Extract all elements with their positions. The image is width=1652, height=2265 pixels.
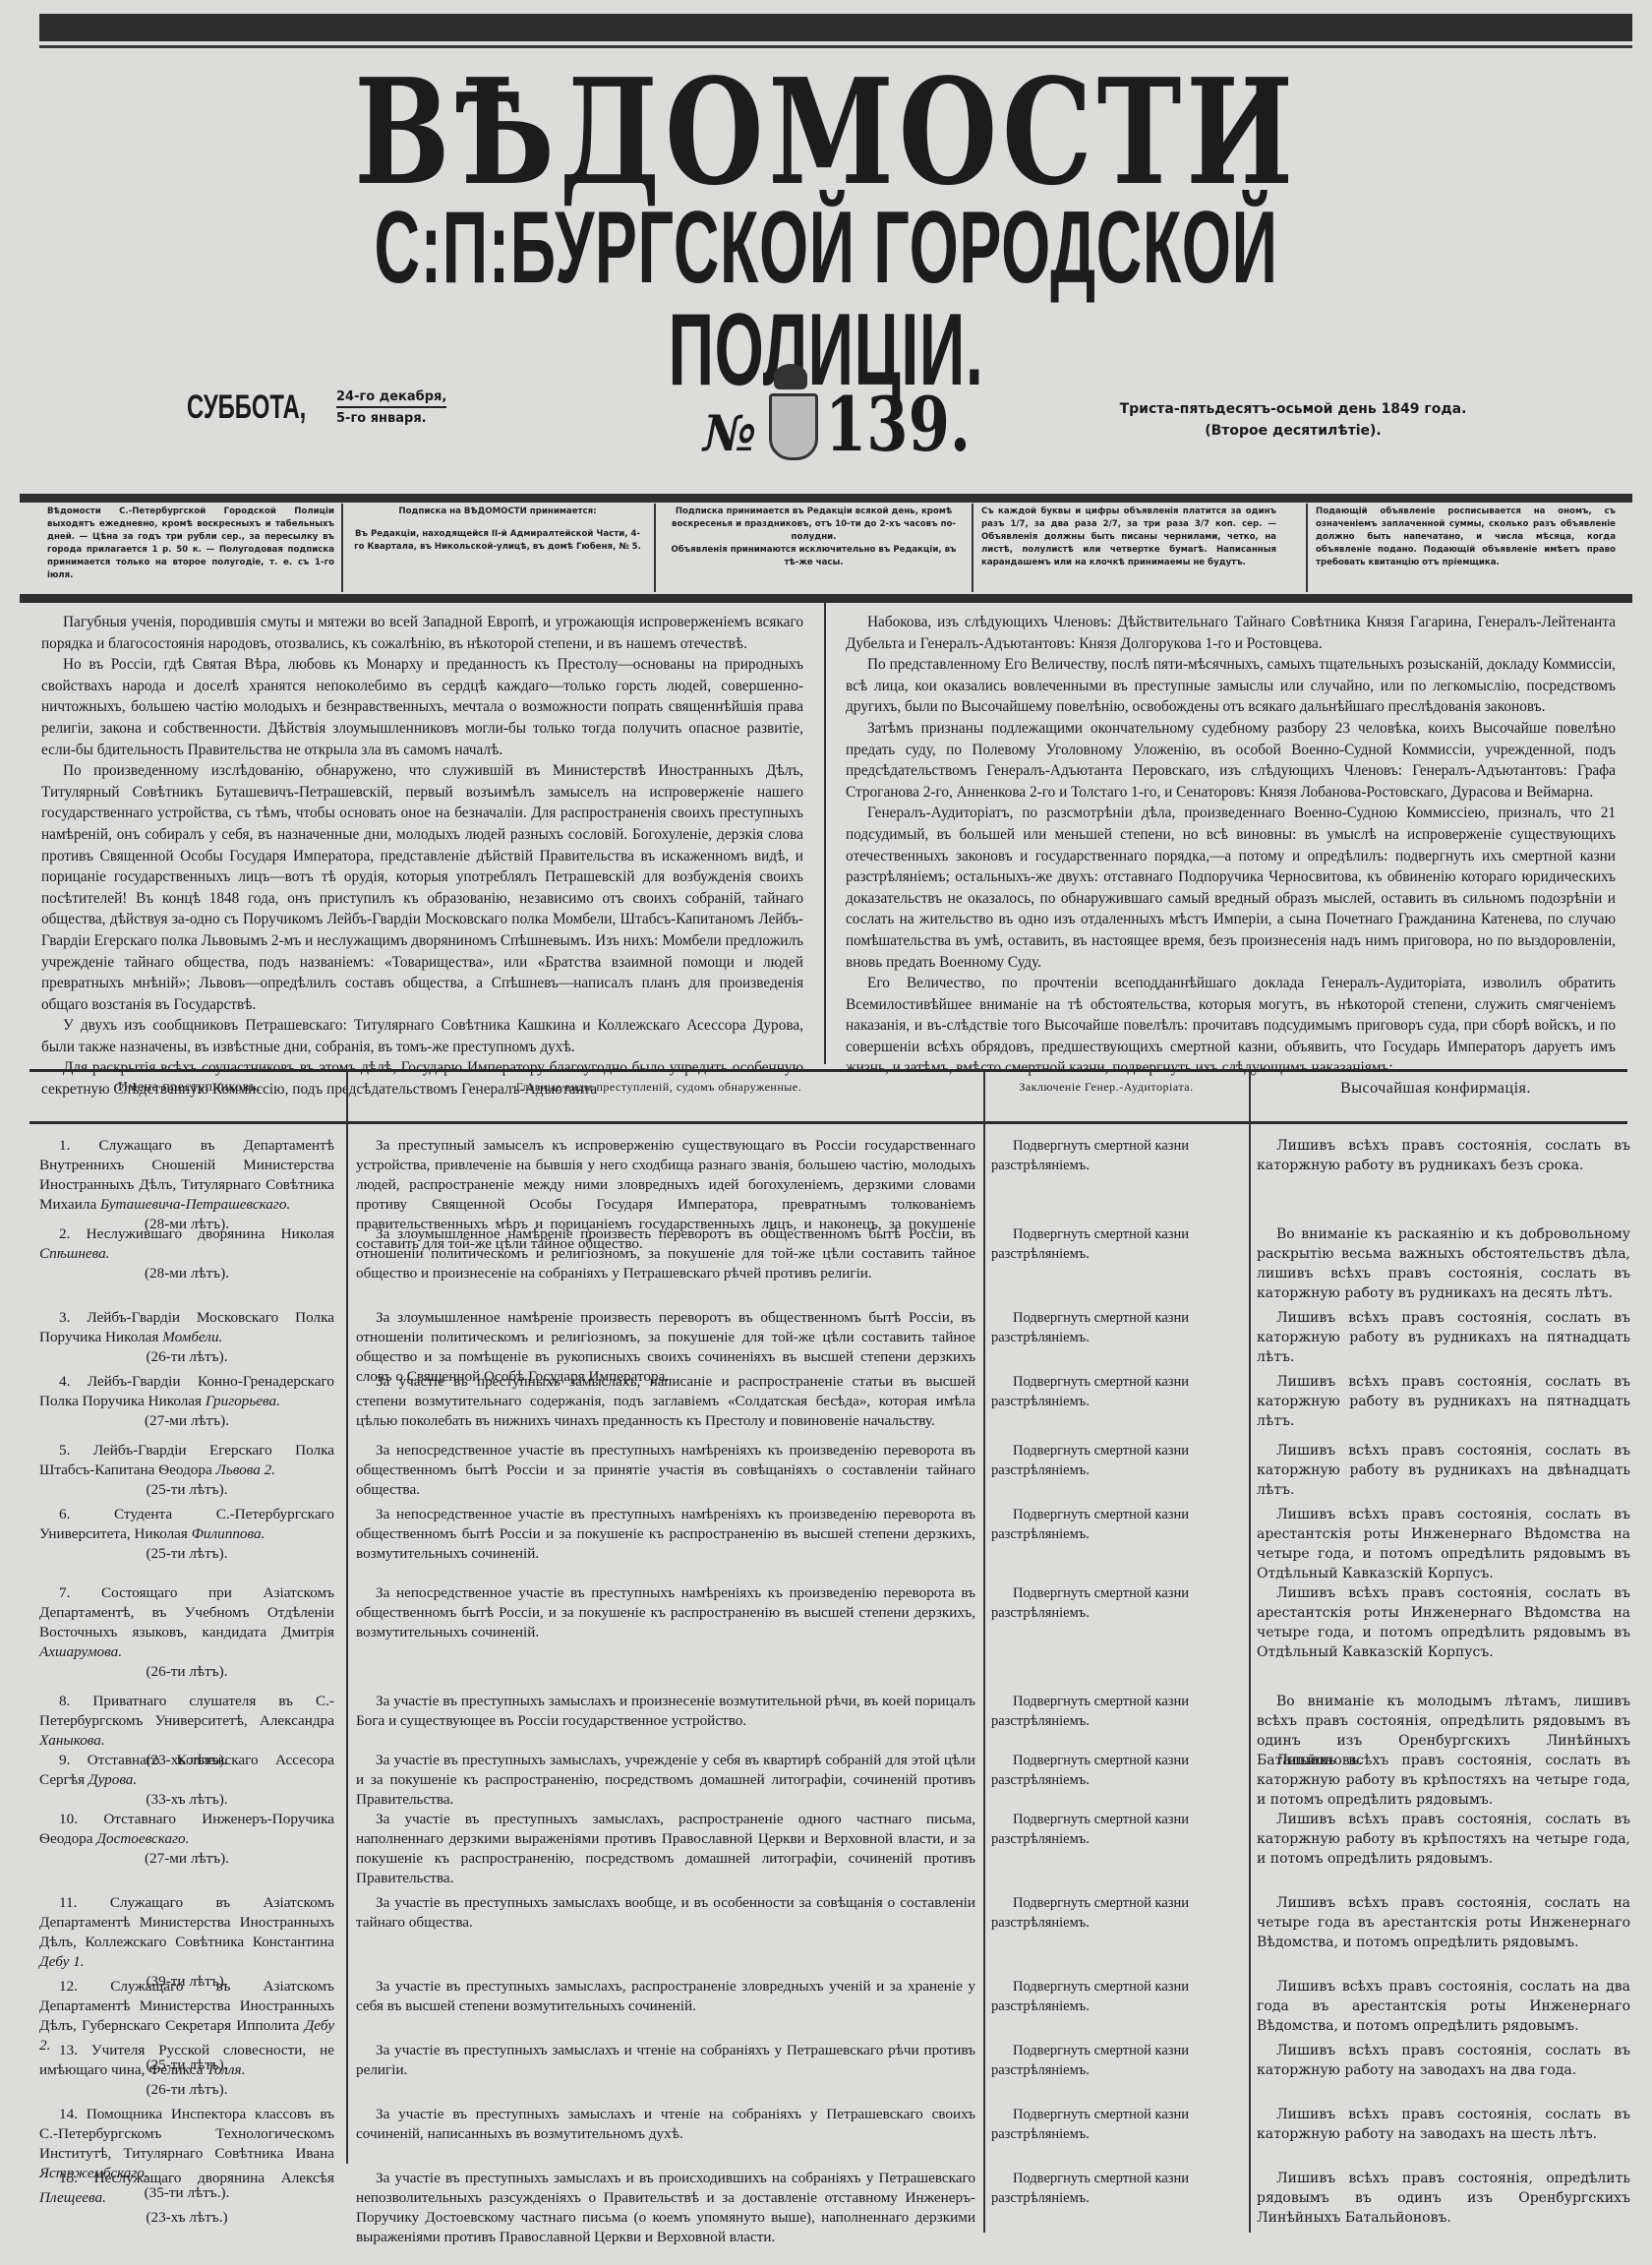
convict-name-cell: 2. Неслужившаго дворянина Николая Спѣшне… (39, 1224, 334, 1283)
verdict-line: Подвергнуть смертной казни (991, 1692, 1242, 1711)
convict-title: 13. Учителя Русской словесности, не имѣю… (39, 2041, 334, 2080)
auditoriat-verdict-cell: Подвергнуть смертной казниразстрѣляніемъ… (991, 2169, 1242, 2208)
convict-surname: Ханыкова. (39, 1732, 105, 1749)
auditoriat-verdict-cell: Подвергнуть смертной казниразстрѣляніемъ… (991, 1136, 1242, 1175)
convict-name-cell: 10. Отставнаго Инженеръ-Поручика Ѳеодора… (39, 1810, 334, 1869)
crime-text: За участіе въ преступныхъ замыслахъ, рас… (356, 1977, 975, 2016)
convict-age: (25-ти лѣтъ). (39, 1544, 334, 1564)
dateline: СУББОТА, 24-го декабря, 5-го января. (187, 388, 446, 427)
convict-name-cell: 3. Лейбъ-Гвардіи Московскаго Полка Поруч… (39, 1308, 334, 1367)
day-of-year: Триста-пятьдесятъ-осьмой день 1849 года.… (1018, 398, 1568, 442)
verdict-line: разстрѣляніемъ. (991, 2124, 1242, 2144)
auditoriat-verdict-cell: Подвергнуть смертной казниразстрѣляніемъ… (991, 1751, 1242, 1790)
newspaper-page: ВѢДОМОСТИ С:П:БУРГСКОЙ ГОРОДСКОЙ ПОЛИЦІИ… (0, 0, 1652, 2265)
header-names: Имена преступниковъ. (39, 1080, 339, 1096)
auditoriat-verdict-cell: Подвергнуть смертной казниразстрѣляніемъ… (991, 1224, 1242, 1264)
convict-rank: 2. Неслужившаго дворянина Николая (59, 1225, 334, 1242)
info-divider (654, 504, 656, 592)
imperial-confirmation-cell: Лишивъ всѣхъ правъ состоянія, сослать въ… (1257, 1372, 1630, 1431)
auditoriat-verdict-cell: Подвергнуть смертной казниразстрѣляніемъ… (991, 1692, 1242, 1731)
convict-title: 5. Лейбъ-Гвардіи Егерскаго Полка Штабсъ-… (39, 1441, 334, 1480)
info-box-subscription-price: Вѣдомости С.-Петербургской Городской Пол… (47, 506, 334, 590)
crime-text: За участіе въ преступныхъ замыслахъ и чт… (356, 2105, 975, 2144)
article-right-column: Набокова, изъ слѣдующихъ Членовъ: Дѣйств… (846, 612, 1616, 1079)
confirmation-text: Лишивъ всѣхъ правъ состоянія, сослать въ… (1257, 1583, 1630, 1662)
info-divider (1306, 504, 1308, 592)
confirmation-text: Лишивъ всѣхъ правъ состоянія, сослать въ… (1257, 1372, 1630, 1431)
crime-cell: За участіе въ преступныхъ замыслахъ и пр… (356, 1692, 975, 1731)
convict-title: 15. Неслужащаго дворянина Алексѣя Плещее… (39, 2169, 334, 2208)
imperial-confirmation-cell: Лишивъ всѣхъ правъ состоянія, сослать на… (1257, 1893, 1630, 1952)
auditoriat-verdict-cell: Подвергнуть смертной казниразстрѣляніемъ… (991, 1583, 1242, 1623)
info-rule-top (20, 494, 1632, 503)
verdict-line: разстрѣляніемъ. (991, 1997, 1242, 2016)
article-paragraph: По представленному Его Величеству, послѣ… (846, 654, 1616, 718)
verdict-line: Подвергнуть смертной казни (991, 1372, 1242, 1392)
verdict-line: разстрѣляніемъ. (991, 1244, 1242, 1264)
top-border-rule (39, 14, 1632, 41)
verdict-line: разстрѣляніемъ. (991, 1711, 1242, 1731)
imperial-confirmation-cell: Лишивъ всѣхъ правъ состоянія, сослать въ… (1257, 1136, 1630, 1175)
column-divider (824, 602, 826, 1064)
convict-age: (27-ми лѣтъ). (39, 1411, 334, 1431)
convict-rank: 12. Служащаго въ Азіатскомъ Департаментѣ… (39, 1978, 334, 2034)
article-paragraph: Набокова, изъ слѣдующихъ Членовъ: Дѣйств… (846, 612, 1616, 654)
imperial-confirmation-cell: Лишивъ всѣхъ правъ состоянія, сослать въ… (1257, 2105, 1630, 2144)
convict-rank: 7. Состоящаго при Азіатскомъ Департамент… (39, 1584, 334, 1640)
crime-text: За участіе въ преступныхъ замыслахъ, учр… (356, 1751, 975, 1810)
convict-surname: Львова 2. (216, 1461, 275, 1478)
header-confirmation: Высочайшая конфирмація. (1239, 1080, 1632, 1098)
verdict-line: разстрѣляніемъ. (991, 1460, 1242, 1480)
convict-name-cell: 7. Состоящаго при Азіатскомъ Департамент… (39, 1583, 334, 1682)
verdict-line: Подвергнуть смертной казни (991, 1893, 1242, 1913)
article-paragraph: Генералъ-Аудиторіатъ, по разсмотрѣніи дѣ… (846, 803, 1616, 973)
crime-cell: За участіе въ преступныхъ замыслахъ, нап… (356, 1372, 975, 1431)
verdict-line: Подвергнуть смертной казни (991, 1505, 1242, 1524)
auditoriat-verdict-cell: Подвергнуть смертной казниразстрѣляніемъ… (991, 2041, 1242, 2080)
crime-cell: За злоумышленное намѣреніе произвесть пе… (356, 1224, 975, 1283)
confirmation-text: Лишивъ всѣхъ правъ состоянія, сослать въ… (1257, 2105, 1630, 2144)
confirmation-text: Лишивъ всѣхъ правъ состоянія, сослать въ… (1257, 1751, 1630, 1810)
verdict-line: разстрѣляніемъ. (991, 1156, 1242, 1175)
convict-title: 10. Отставнаго Инженеръ-Поручика Ѳеодора… (39, 1810, 334, 1849)
date-old-style: 24-го декабря, (336, 389, 446, 408)
article-paragraph: У двухъ изъ сообщниковъ Петрашевскаго: Т… (41, 1015, 803, 1057)
table-col-divider (346, 1072, 348, 2164)
crime-text: За участіе въ преступныхъ замыслахъ, нап… (356, 1372, 975, 1431)
convict-name-cell: 13. Учителя Русской словесности, не имѣю… (39, 2041, 334, 2100)
convict-name-cell: 15. Неслужащаго дворянина Алексѣя Плещее… (39, 2169, 334, 2228)
info-box-ad-rates: Съ каждой буквы и цифры объявленія плати… (981, 506, 1276, 590)
convict-rank: 11. Служащаго въ Азіатскомъ Департаментѣ… (39, 1894, 334, 1950)
verdict-line: Подвергнуть смертной казни (991, 1977, 1242, 1997)
verdict-line: Подвергнуть смертной казни (991, 1224, 1242, 1244)
convict-surname: Достоевскаго. (96, 1830, 189, 1847)
verdict-line: разстрѣляніемъ. (991, 1524, 1242, 1544)
convict-surname: Буташевича-Петрашевскаго. (100, 1196, 290, 1213)
imperial-confirmation-cell: Во вниманіе къ раскаянію и къ добровольн… (1257, 1224, 1630, 1303)
verdict-line: разстрѣляніемъ. (991, 1328, 1242, 1347)
crime-cell: За участіе въ преступныхъ замыслахъ и чт… (356, 2105, 975, 2144)
auditoriat-verdict-cell: Подвергнуть смертной казниразстрѣляніемъ… (991, 1372, 1242, 1411)
crime-text: За непосредственное участіе въ преступны… (356, 1441, 975, 1500)
header-auditoriat: Заключеніе Генер.-Аудиторіата. (983, 1080, 1229, 1095)
numero-sign: № (703, 404, 756, 462)
crime-cell: За участіе въ преступныхъ замыслахъ и чт… (356, 2041, 975, 2080)
confirmation-text: Лишивъ всѣхъ правъ состоянія, сослать на… (1257, 1893, 1630, 1952)
auditoriat-verdict-cell: Подвергнуть смертной казниразстрѣляніемъ… (991, 1505, 1242, 1544)
convict-age: (33-хъ лѣтъ). (39, 1790, 334, 1810)
table-header-rule (29, 1121, 1627, 1124)
convict-name-cell: 1. Служащаго въ Департаментѣ Внутреннихъ… (39, 1136, 334, 1234)
auditoriat-verdict-cell: Подвергнуть смертной казниразстрѣляніемъ… (991, 1893, 1242, 1933)
imperial-confirmation-cell: Лишивъ всѣхъ правъ состоянія, сослать въ… (1257, 1505, 1630, 1583)
convict-name-cell: 6. Студента С.-Петербургскаго Университе… (39, 1505, 334, 1564)
crime-text: За непосредственное участіе въ преступны… (356, 1505, 975, 1564)
convict-surname: Спѣшнева. (39, 1245, 109, 1262)
convict-title: 2. Неслужившаго дворянина Николая Спѣшне… (39, 1224, 334, 1264)
verdict-line: Подвергнуть смертной казни (991, 2105, 1242, 2124)
info-divider (972, 504, 973, 592)
imperial-confirmation-cell: Лишивъ всѣхъ правъ состоянія, сослать на… (1257, 1977, 1630, 2036)
convict-title: 7. Состоящаго при Азіатскомъ Департамент… (39, 1583, 334, 1662)
crime-text: За участіе въ преступныхъ замыслахъ вооб… (356, 1893, 975, 1933)
table-col-divider (1249, 1072, 1251, 2233)
imperial-crest-icon (766, 364, 815, 462)
info-divider (341, 504, 343, 592)
crime-text: За участіе въ преступныхъ замыслахъ и въ… (356, 2169, 975, 2247)
convict-rank: 15. Неслужащаго дворянина Алексѣя (59, 2170, 334, 2186)
auditoriat-verdict-cell: Подвергнуть смертной казниразстрѣляніемъ… (991, 1441, 1242, 1480)
verdict-line: Подвергнуть смертной казни (991, 1136, 1242, 1156)
issue-number-block: № 139. (703, 364, 1007, 462)
convict-surname: Момбели. (162, 1329, 222, 1345)
verdict-line: разстрѣляніемъ. (991, 2060, 1242, 2080)
convict-title: 1. Служащаго въ Департаментѣ Внутреннихъ… (39, 1136, 334, 1215)
crime-cell: За непосредственное участіе въ преступны… (356, 1583, 975, 1642)
crime-text: За участіе въ преступныхъ замыслахъ, рас… (356, 1810, 975, 1888)
verdict-line: разстрѣляніемъ. (991, 2188, 1242, 2208)
convict-name-cell: 4. Лейбъ-Гвардіи Конно-Гренадерскаго Пол… (39, 1372, 334, 1431)
verdict-line: разстрѣляніемъ. (991, 1913, 1242, 1933)
confirmation-text: Лишивъ всѣхъ правъ состоянія, сослать въ… (1257, 1308, 1630, 1367)
convict-rank: 5. Лейбъ-Гвардіи Егерскаго Полка Штабсъ-… (39, 1442, 334, 1478)
info-rule-bottom (20, 594, 1632, 603)
confirmation-text: Лишивъ всѣхъ правъ состоянія, сослать въ… (1257, 1136, 1630, 1175)
convict-surname: Толля. (206, 2061, 245, 2078)
convict-surname: Григорьева. (206, 1393, 280, 1409)
convict-title: 6. Студента С.-Петербургскаго Университе… (39, 1505, 334, 1544)
confirmation-text: Во вниманіе къ раскаянію и къ добровольн… (1257, 1224, 1630, 1303)
info-box-ad-rules: Подающій объявленіе росписывается на оно… (1316, 506, 1616, 590)
crime-text: За непосредственное участіе въ преступны… (356, 1583, 975, 1642)
info-box-hours: Подписка принимается въ Редакціи всякой … (664, 506, 964, 590)
info-text: Подписка принимается въ Редакціи всякой … (664, 506, 964, 544)
convict-rank: 14. Помощника Инспектора классовъ въ С.-… (39, 2106, 334, 2162)
crime-cell: За участіе въ преступныхъ замыслахъ, рас… (356, 1810, 975, 1888)
article-left-column: Пагубныя ученія, породившія смуты и мяте… (41, 612, 803, 1101)
convict-age: (26-ти лѣтъ). (39, 2080, 334, 2100)
verdict-line: Подвергнуть смертной казни (991, 1441, 1242, 1460)
crime-text: За участіе въ преступныхъ замыслахъ и пр… (356, 1692, 975, 1731)
convict-name-cell: 5. Лейбъ-Гвардіи Егерскаго Полка Штабсъ-… (39, 1441, 334, 1500)
masthead-title: ВѢДОМОСТИ (182, 59, 1470, 205)
verdict-line: разстрѣляніемъ. (991, 1392, 1242, 1411)
verdict-line: разстрѣляніемъ. (991, 1829, 1242, 1849)
convict-surname: Дурова. (88, 1771, 137, 1788)
article-paragraph: Затѣмъ признаны подлежащими окончательно… (846, 718, 1616, 803)
imperial-confirmation-cell: Лишивъ всѣхъ правъ состоянія, сослать въ… (1257, 1441, 1630, 1500)
imperial-confirmation-cell: Лишивъ всѣхъ правъ состоянія, сослать въ… (1257, 1308, 1630, 1367)
confirmation-text: Лишивъ всѣхъ правъ состоянія, сослать въ… (1257, 2041, 1630, 2080)
verdict-line: Подвергнуть смертной казни (991, 2041, 1242, 2060)
imperial-confirmation-cell: Лишивъ всѣхъ правъ состоянія, опредѣлить… (1257, 2169, 1630, 2228)
convict-name-cell: 9. Отставнаго Коллежскаго Ассесора Сергѣ… (39, 1751, 334, 1810)
convict-rank: 6. Студента С.-Петербургскаго Университе… (39, 1506, 334, 1542)
info-heading: Подписка на ВѢДОМОСТИ принимается: (350, 506, 645, 518)
article-paragraph: Пагубныя ученія, породившія смуты и мяте… (41, 612, 803, 654)
convict-surname: Плещеева. (39, 2189, 106, 2206)
weekday: СУББОТА, (187, 388, 290, 427)
auditoriat-verdict-cell: Подвергнуть смертной казниразстрѣляніемъ… (991, 1810, 1242, 1849)
verdict-line: разстрѣляніемъ. (991, 1770, 1242, 1790)
info-text: Въ Редакціи, находящейся II-й Адмиралтей… (350, 528, 645, 554)
convict-age: (28-ми лѣтъ). (39, 1264, 334, 1283)
decade: (Второе десятилѣтіе). (1018, 420, 1568, 442)
verdict-line: Подвергнуть смертной казни (991, 1583, 1242, 1603)
crime-text: За участіе въ преступныхъ замыслахъ и чт… (356, 2041, 975, 2080)
article-paragraph: Его Величество, по прочтеніи всеподданнѣ… (846, 973, 1616, 1079)
article-paragraph: Но въ Россіи, гдѣ Святая Вѣра, любовь къ… (41, 654, 803, 760)
verdict-line: разстрѣляніемъ. (991, 1603, 1242, 1623)
convict-age: (26-ти лѣтъ). (39, 1347, 334, 1367)
imperial-confirmation-cell: Лишивъ всѣхъ правъ состоянія, сослать въ… (1257, 1810, 1630, 1869)
confirmation-text: Лишивъ всѣхъ правъ состоянія, опредѣлить… (1257, 2169, 1630, 2228)
dates: 24-го декабря, 5-го января. (336, 389, 446, 426)
table-top-rule (29, 1069, 1627, 1072)
imperial-confirmation-cell: Лишивъ всѣхъ правъ состоянія, сослать въ… (1257, 1583, 1630, 1662)
crime-text: За злоумышленное намѣреніе произвесть пе… (356, 1224, 975, 1283)
convict-title: 4. Лейбъ-Гвардіи Конно-Гренадерскаго Пол… (39, 1372, 334, 1411)
table-col-divider (983, 1072, 985, 2233)
crime-cell: За непосредственное участіе въ преступны… (356, 1505, 975, 1564)
convict-age: (25-ти лѣтъ). (39, 1480, 334, 1500)
crime-cell: За непосредственное участіе въ преступны… (356, 1441, 975, 1500)
convict-surname: Дебу 1. (39, 1953, 85, 1970)
verdict-line: Подвергнуть смертной казни (991, 1810, 1242, 1829)
convict-rank: 13. Учителя Русской словесности, не имѣю… (39, 2042, 334, 2078)
shield-icon (769, 393, 818, 460)
info-box-address: Подписка на ВѢДОМОСТИ принимается: Въ Ре… (350, 506, 645, 590)
confirmation-text: Лишивъ всѣхъ правъ состоянія, сослать въ… (1257, 1505, 1630, 1583)
convict-surname: Ахшарумова. (39, 1643, 122, 1660)
crime-cell: За участіе въ преступныхъ замыслахъ, рас… (356, 1977, 975, 2016)
convict-title: 3. Лейбъ-Гвардіи Московскаго Полка Поруч… (39, 1308, 334, 1347)
convict-rank: 9. Отставнаго Коллежскаго Ассесора Сергѣ… (39, 1752, 334, 1788)
convict-title: 8. Приватнаго слушателя въ С.-Петербургс… (39, 1692, 334, 1751)
convict-age: (27-ми лѣтъ). (39, 1849, 334, 1869)
confirmation-text: Лишивъ всѣхъ правъ состоянія, сослать въ… (1257, 1810, 1630, 1869)
crime-cell: За участіе въ преступныхъ замыслахъ и въ… (356, 2169, 975, 2247)
verdict-line: Подвергнуть смертной казни (991, 1308, 1242, 1328)
verdict-line: Подвергнуть смертной казни (991, 1751, 1242, 1770)
confirmation-text: Лишивъ всѣхъ правъ состоянія, сослать на… (1257, 1977, 1630, 2036)
convict-rank: 4. Лейбъ-Гвардіи Конно-Гренадерскаго Пол… (39, 1373, 334, 1409)
imperial-confirmation-cell: Лишивъ всѣхъ правъ состоянія, сослать въ… (1257, 1751, 1630, 1810)
crime-cell: За участіе въ преступныхъ замыслахъ, учр… (356, 1751, 975, 1810)
convict-title: 9. Отставнаго Коллежскаго Ассесора Сергѣ… (39, 1751, 334, 1790)
convict-age: (26-ти лѣтъ). (39, 1662, 334, 1682)
day-count: Триста-пятьдесятъ-осьмой день 1849 года. (1018, 398, 1568, 420)
crown-icon (774, 364, 807, 389)
convict-title: 11. Служащаго въ Азіатскомъ Департаментѣ… (39, 1893, 334, 1972)
crime-cell: За участіе въ преступныхъ замыслахъ вооб… (356, 1893, 975, 1933)
auditoriat-verdict-cell: Подвергнуть смертной казниразстрѣляніемъ… (991, 1308, 1242, 1347)
issue-number: 139. (825, 387, 971, 462)
convict-rank: 8. Приватнаго слушателя въ С.-Петербургс… (39, 1693, 334, 1729)
date-new-style: 5-го января. (336, 411, 446, 426)
auditoriat-verdict-cell: Подвергнуть смертной казниразстрѣляніемъ… (991, 2105, 1242, 2144)
convict-age: (23-хъ лѣтъ.) (39, 2208, 334, 2228)
imperial-confirmation-cell: Лишивъ всѣхъ правъ состоянія, сослать въ… (1257, 2041, 1630, 2080)
convict-surname: Филиппова. (192, 1525, 265, 1542)
article-paragraph: По произведенному изслѣдованію, обнаруже… (41, 760, 803, 1015)
confirmation-text: Лишивъ всѣхъ правъ состоянія, сослать въ… (1257, 1441, 1630, 1500)
header-crimes: Главные виды преступленій, судомъ обнару… (354, 1080, 964, 1095)
verdict-line: Подвергнуть смертной казни (991, 2169, 1242, 2188)
info-text: Объявленія принимаются исключительно въ … (664, 544, 964, 569)
auditoriat-verdict-cell: Подвергнуть смертной казниразстрѣляніемъ… (991, 1977, 1242, 2016)
